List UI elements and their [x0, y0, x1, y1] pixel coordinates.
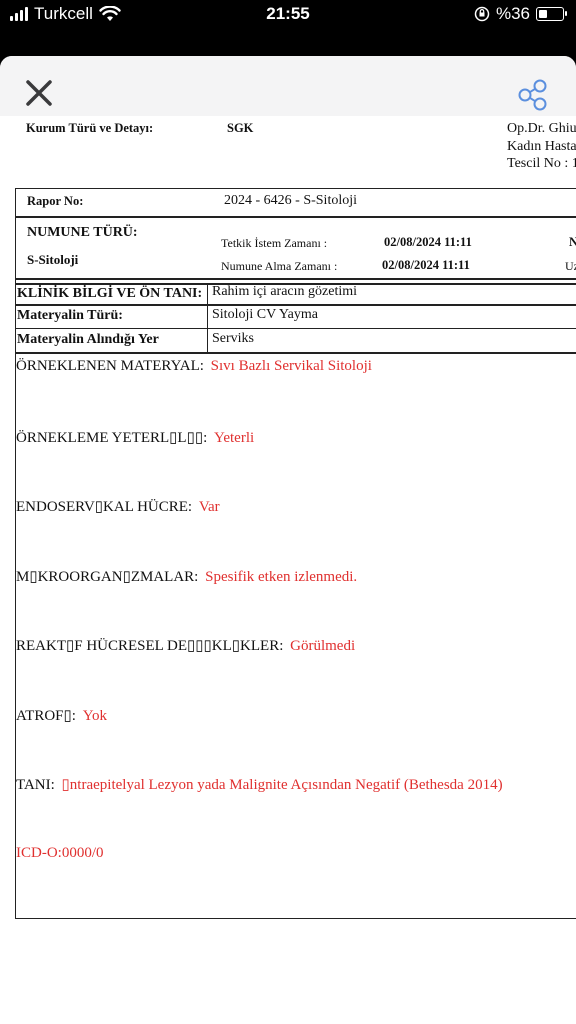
kurum-value: SGK	[227, 121, 253, 136]
finding-value: ▯ntraepitelyal Lezyon yada Malignite Açı…	[62, 777, 503, 793]
icd-code: ICD-O:0000/0	[16, 845, 104, 862]
finding-value: Sıvı Bazlı Servikal Sitoloji	[211, 358, 372, 374]
divider	[15, 278, 576, 280]
viewer-header	[0, 56, 576, 116]
rapor-value: 2024 - 6426 - S-Sitoloji	[224, 193, 357, 209]
finding-row: ENDOSERV▯KAL HÜCRE: Var	[16, 497, 220, 516]
material-location-value: Serviks	[212, 331, 254, 347]
finding-label: ÖRNEKLENEN MATERYAL:	[16, 358, 208, 374]
material-type-label: Materyalin Türü:	[17, 308, 123, 324]
material-location-label: Materyalin Alındığı Yer	[17, 332, 159, 348]
tetkik-value: 02/08/2024 11:11	[384, 235, 472, 250]
divider	[15, 352, 576, 354]
orientation-lock-icon	[474, 6, 490, 22]
clinical-info-label: KLİNİK BİLGİ VE ÖN TANI:	[17, 286, 202, 302]
finding-label: ÖRNEKLEME YETERL▯L▯▯:	[16, 430, 211, 446]
finding-label: REAKT▯F HÜCRESEL DE▯▯▯KL▯KLER:	[16, 638, 287, 654]
status-bar: Turkcell 21:55 %36	[0, 0, 576, 30]
finding-row: TANI: ▯ntraepitelyal Lezyon yada Maligni…	[16, 775, 503, 794]
finding-row: REAKT▯F HÜCRESEL DE▯▯▯KL▯KLER: Görülmedi	[16, 636, 355, 655]
divider	[15, 304, 576, 306]
finding-value: Spesifik etken izlenmedi.	[205, 569, 357, 585]
close-button[interactable]	[24, 78, 56, 110]
finding-row: ÖRNEKLENEN MATERYAL: Sıvı Bazlı Servikal…	[16, 358, 372, 375]
clinical-info-value: Rahim içi aracın gözetimi	[212, 284, 357, 300]
finding-label: ENDOSERV▯KAL HÜCRE:	[16, 499, 196, 515]
material-type-value: Sitoloji CV Yayma	[212, 307, 318, 323]
finding-value: Var	[199, 499, 220, 515]
doctor-name: Op.Dr. Ghiu	[507, 121, 576, 137]
column-divider	[207, 283, 208, 353]
alma-value: 02/08/2024 11:11	[382, 258, 470, 273]
alma-label: Numune Alma Zamanı :	[221, 259, 337, 274]
finding-label: TANI:	[16, 777, 59, 793]
finding-label: ATROF▯:	[16, 708, 80, 724]
close-icon	[24, 78, 54, 108]
finding-label: M▯KROORGAN▯ZMALAR:	[16, 569, 202, 585]
tetkik-label: Tetkik İstem Zamanı :	[221, 236, 327, 251]
finding-value: Yok	[83, 708, 107, 724]
divider	[15, 216, 576, 218]
divider	[15, 328, 576, 329]
finding-row: ATROF▯: Yok	[16, 706, 107, 725]
pathology-report: Kurum Türü ve Detayı: SGK Op.Dr. Ghiu Ka…	[0, 56, 576, 1024]
numune-value: S-Sitoloji	[27, 252, 78, 268]
finding-value: Yeterli	[214, 430, 254, 446]
document-viewer-sheet: Kurum Türü ve Detayı: SGK Op.Dr. Ghiu Ka…	[0, 56, 576, 1024]
share-button[interactable]	[516, 78, 550, 112]
finding-row: M▯KROORGAN▯ZMALAR: Spesifik etken izlenm…	[16, 567, 357, 586]
battery-percent: %36	[496, 4, 530, 24]
doctor-registry: Tescil No : 1	[507, 156, 576, 172]
share-icon	[516, 78, 550, 112]
rapor-label: Rapor No:	[27, 194, 83, 209]
finding-value: Görülmedi	[290, 638, 355, 654]
numune-label: NUMUNE TÜRÜ:	[27, 225, 138, 241]
finding-row: ÖRNEKLEME YETERL▯L▯▯: Yeterli	[16, 428, 254, 447]
truncated-field-1: N	[569, 235, 576, 250]
battery-icon	[536, 7, 564, 21]
doctor-unit: Kadın Hasta	[507, 139, 576, 155]
kurum-label: Kurum Türü ve Detayı:	[26, 121, 153, 136]
truncated-field-2: Uz	[565, 259, 576, 274]
